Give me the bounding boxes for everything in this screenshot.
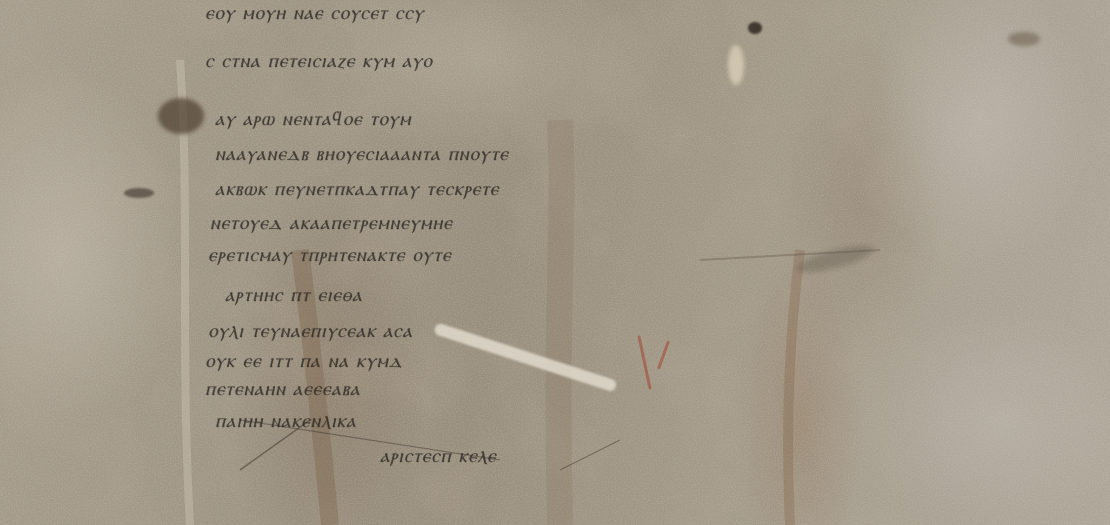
inscription-line: ⲉⲣⲉⲧⲓⲥⲙⲁⲩ ⲧⲡⲣⲏⲧⲉⲛⲁⲕⲧⲉ ⲟⲩⲧⲉ	[208, 244, 451, 266]
inscription: ⲉⲟⲩ ⲙⲟⲩⲏ ⲛⲁⲉ ⲥⲟⲩⲥⲉⲧ ⲥⲥⲩ ⲥ ⲥⲧⲛⲁ ⲡⲉⲧⲉⲓⲥⲓⲁⲍ…	[200, 0, 800, 525]
plaster-surface: ⲉⲟⲩ ⲙⲟⲩⲏ ⲛⲁⲉ ⲥⲟⲩⲥⲉⲧ ⲥⲥⲩ ⲥ ⲥⲧⲛⲁ ⲡⲉⲧⲉⲓⲥⲓⲁⲍ…	[0, 0, 1110, 525]
dark-stain	[158, 98, 204, 134]
dark-stain	[1008, 32, 1040, 46]
inscription-line: ⲡⲁⲓⲏⲏ ⲛⲁⲕⲉⲛⲗⲓⲕⲁ	[215, 410, 357, 432]
inscription-line: ⲁⲕⲃⲱⲕ ⲡⲉⲩⲛⲉⲧⲡⲕⲁⲇⲧⲡⲁⲩ ⲧⲉⲥⲕⲣⲉⲧⲉ	[215, 178, 499, 200]
dark-stain	[794, 240, 876, 278]
inscription-line: ⲛⲉⲧⲟⲩⲉⲇ ⲁⲕⲁⲁⲡⲉⲧⲣⲉⲙⲛⲉⲩⲙⲏⲉ	[210, 212, 453, 234]
dark-stain	[124, 188, 154, 198]
inscription-line: ⲟⲩⲗⲓ ⲧⲉⲩⲛⲁⲉⲡⲓⲩⲥⲉⲁⲕ ⲁⲥⲁ	[208, 320, 413, 342]
inscription-line: ⲁⲩ ⲁⲣⲱ ⲛⲉⲛⲧⲁϥⲟⲉ ⲧⲟⲩⲙ	[215, 108, 412, 131]
inscription-line: ⲁⲣⲓⲥⲧⲉⲥⲡ ⲕⲉⲗⲉ	[380, 445, 496, 467]
inscription-line: ⲡⲉⲧⲉⲛⲁⲏⲛ ⲁⲉⲉⲉⲁⲃⲁ	[205, 378, 361, 400]
inscription-line: ⲛⲁⲁⲩⲁⲛⲉⲇⲃ ⲃⲏⲟⲩⲉⲥⲓⲁⲁⲁⲛⲧⲁ ⲡⲛⲟⲩⲧⲉ	[215, 143, 509, 165]
inscription-line: ⲟⲩⲕ ⲉⲉ ⲓⲧⲧ ⲡⲁ ⲛⲁ ⲕⲩⲙⲇ	[205, 350, 403, 372]
inscription-line: ⲥ ⲥⲧⲛⲁ ⲡⲉⲧⲉⲓⲥⲓⲁⲍⲉ ⲕⲩⲙ ⲁⲩⲟ	[205, 50, 433, 72]
inscription-line: ⲁⲣⲧⲏⲏⲥ ⲡⲧ ⲉⲓⲉⲑⲁ	[225, 284, 363, 306]
inscription-line: ⲉⲟⲩ ⲙⲟⲩⲏ ⲛⲁⲉ ⲥⲟⲩⲥⲉⲧ ⲥⲥⲩ	[205, 2, 424, 24]
